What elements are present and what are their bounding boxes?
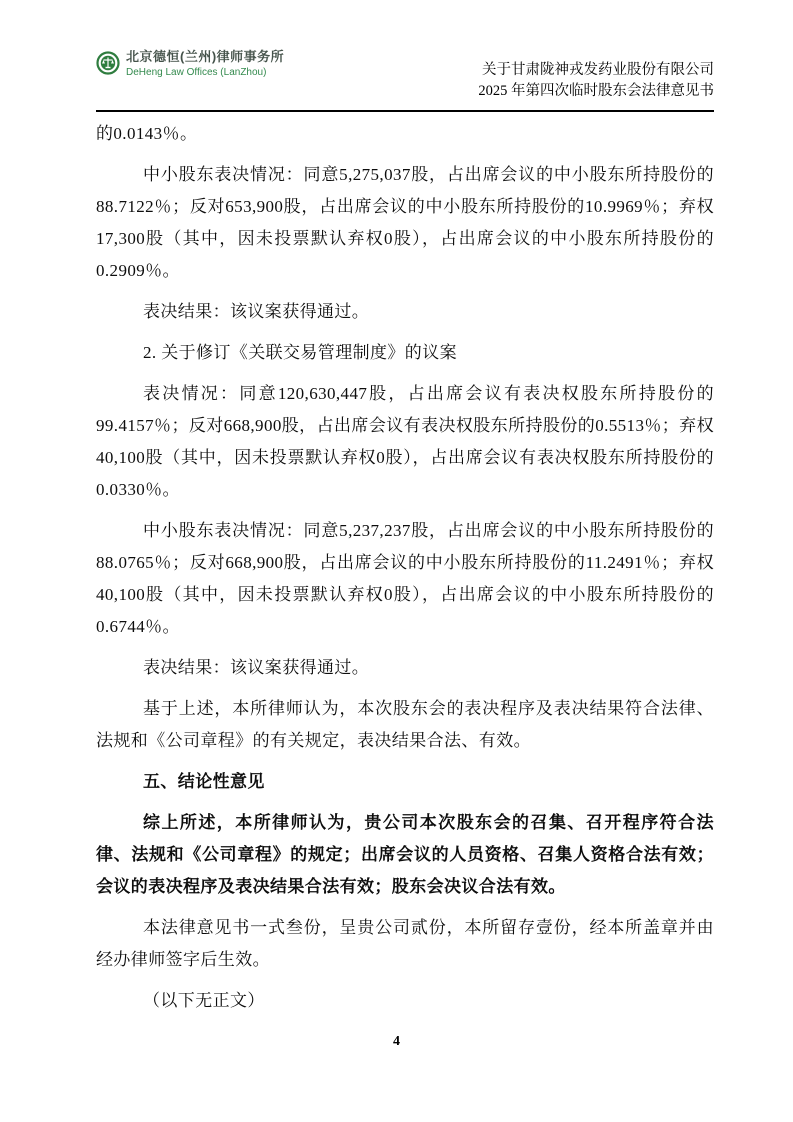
minor-shareholder-vote-proposal-1: 中小股东表决情况：同意5,275,037股，占出席会议的中小股东所持股份的88.… (96, 159, 714, 287)
vote-result-proposal-2: 表决结果：该议案获得通过。 (96, 652, 714, 684)
document-header-title-line1: 关于甘肃陇神戎发药业股份有限公司 (478, 60, 714, 81)
page-footer: 4 (0, 1032, 793, 1050)
vote-result-proposal-1: 表决结果：该议案获得通过。 (96, 296, 714, 328)
document-page: 北京德恒(兰州)律师事务所 DeHeng Law Offices (LanZho… (0, 0, 793, 1122)
law-firm-name-zh: 北京德恒(兰州)律师事务所 (126, 50, 284, 65)
law-firm-brand: 北京德恒(兰州)律师事务所 DeHeng Law Offices (LanZho… (96, 50, 284, 78)
section-heading-conclusion: 五、结论性意见 (96, 766, 714, 798)
copies-paragraph: 本法律意见书一式叁份，呈贵公司贰份，本所留存壹份，经本所盖章并由经办律师签字后生… (96, 912, 714, 976)
law-firm-name-en: DeHeng Law Offices (LanZhou) (126, 67, 284, 79)
proposal-2-title: 2. 关于修订《关联交易管理制度》的议案 (96, 337, 714, 369)
page-header: 北京德恒(兰州)律师事务所 DeHeng Law Offices (LanZho… (96, 0, 714, 112)
page-number: 4 (393, 1034, 400, 1049)
vote-situation-proposal-2: 表决情况：同意120,630,447股，占出席会议有表决权股东所持股份的99.4… (96, 378, 714, 506)
carryover-line: 的0.0143％。 (96, 118, 714, 150)
lawyer-opinion-voting: 基于上述，本所律师认为，本次股东会的表决程序及表决结果符合法律、法规和《公司章程… (96, 693, 714, 757)
minor-shareholder-vote-proposal-2: 中小股东表决情况：同意5,237,237股，占出席会议的中小股东所持股份的88.… (96, 515, 714, 643)
conclusion-paragraph: 综上所述，本所律师认为，贵公司本次股东会的召集、召开程序符合法律、法规和《公司章… (96, 807, 714, 903)
document-body: 的0.0143％。中小股东表决情况：同意5,275,037股，占出席会议的中小股… (96, 112, 714, 1017)
document-header-title-line2: 2025 年第四次临时股东会法律意见书 (478, 81, 714, 102)
scales-wreath-emblem-icon (96, 51, 120, 75)
law-firm-name: 北京德恒(兰州)律师事务所 DeHeng Law Offices (LanZho… (126, 50, 284, 78)
no-more-text-note: （以下无正文） (96, 985, 714, 1017)
document-header-title: 关于甘肃陇神戎发药业股份有限公司 2025 年第四次临时股东会法律意见书 (478, 60, 714, 102)
